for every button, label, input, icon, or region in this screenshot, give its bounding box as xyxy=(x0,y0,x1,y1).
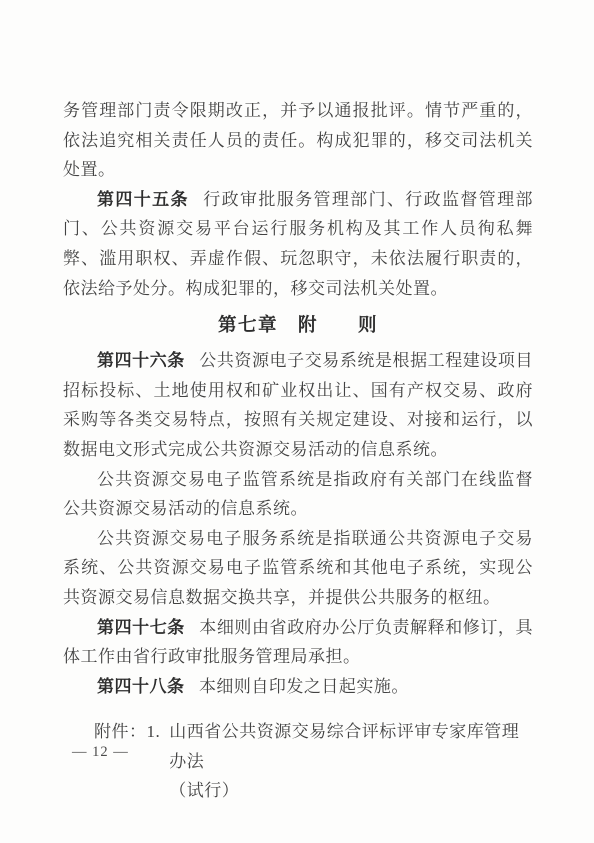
article-47-number: 第四十七条 xyxy=(97,618,185,637)
article-47-paragraph: 第四十七条本细则由省政府办公厅负责解释和修订，具体工作由省行政审批服务管理局承担… xyxy=(63,613,533,672)
attachment-label: 附件：1. xyxy=(94,717,160,747)
article-45-number: 第四十五条 xyxy=(97,190,189,209)
paragraph-e-service-system: 公共资源交易电子服务系统是指联通公共资源电子交易系统、公共资源交易电子监管系统和… xyxy=(63,524,533,613)
paragraph-text: 本细则自印发之日起实施。 xyxy=(199,677,409,696)
article-46-paragraph: 第四十六条公共资源电子交易系统是根据工程建设项目招标投标、土地使用权和矿业权出让… xyxy=(63,346,533,464)
attachment-note: 附件：1. 山西省公共资源交易综合评标评审专家库管理办法 （试行） xyxy=(63,717,533,806)
attachment-title: 山西省公共资源交易综合评标评审专家库管理办法 （试行） xyxy=(169,717,533,806)
paragraph-text: 公共资源交易电子服务系统是指联通公共资源电子交易系统、公共资源交易电子监管系统和… xyxy=(63,529,533,607)
paragraph-text: 公共资源交易电子监管系统是指政府有关部门在线监督公共资源交易活动的信息系统。 xyxy=(63,470,533,519)
article-48-number: 第四十八条 xyxy=(97,677,185,696)
article-45-paragraph: 第四十五条行政审批服务管理部门、行政监督管理部门、公共资源交易平台运行服务机构及… xyxy=(63,185,533,303)
scanned-document-page: 务管理部门责令限期改正，并予以通报批评。情节严重的，依法追究相关责任人员的责任。… xyxy=(0,0,594,843)
paragraph-e-supervision-system: 公共资源交易电子监管系统是指政府有关部门在线监督公共资源交易活动的信息系统。 xyxy=(63,465,533,524)
document-body: 务管理部门责令限期改正，并予以通报批评。情节严重的，依法追究相关责任人员的责任。… xyxy=(63,96,533,806)
paragraph-text: 务管理部门责令限期改正，并予以通报批评。情节严重的，依法追究相关责任人员的责任。… xyxy=(63,101,533,179)
chapter-7-heading: 第七章 附 则 xyxy=(63,311,533,341)
paragraph-continuation: 务管理部门责令限期改正，并予以通报批评。情节严重的，依法追究相关责任人员的责任。… xyxy=(63,96,533,185)
article-46-number: 第四十六条 xyxy=(97,351,185,370)
attachment-title-line1: 山西省公共资源交易综合评标评审专家库管理办法 xyxy=(169,717,533,776)
article-48-paragraph: 第四十八条本细则自印发之日起实施。 xyxy=(63,672,533,702)
page-number: — 12 — xyxy=(72,744,129,761)
attachment-title-line2: （试行） xyxy=(169,776,533,806)
